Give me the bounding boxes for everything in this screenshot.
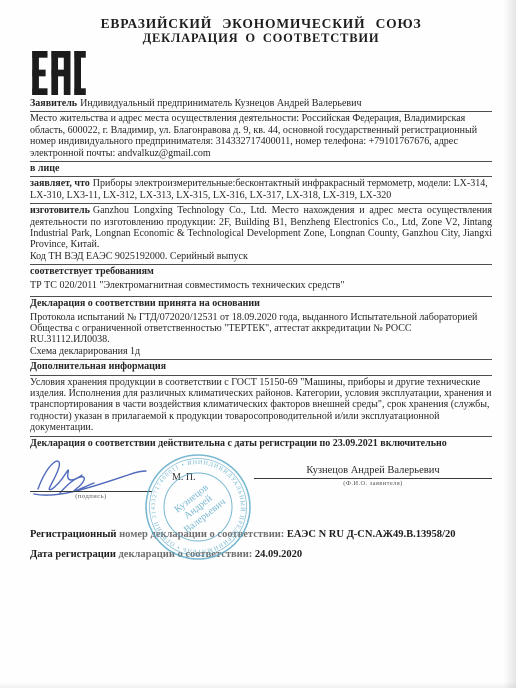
divider xyxy=(30,359,492,360)
applicant-signature-name: Кузнецов Андрей Валерьевич xyxy=(254,465,492,479)
in-person-row: в лице xyxy=(30,163,492,174)
eac-mark-icon xyxy=(32,51,86,95)
declaration-title: ДЕКЛАРАЦИЯ О СООТВЕТСТВИИ xyxy=(30,31,492,46)
applicant-value: Индивидуальный предприниматель Кузнецов … xyxy=(80,98,361,109)
validity-line: Декларация о соответствии действительна … xyxy=(30,438,492,449)
stamp-name-line2: Андрей xyxy=(182,493,215,522)
divider xyxy=(30,264,492,265)
scan-edge-right xyxy=(503,0,516,688)
divider xyxy=(30,296,492,297)
registration-number-line: Регистрационный номер декларации о соотв… xyxy=(30,529,492,540)
reg-date-label: Дата регистрации xyxy=(30,549,116,560)
divider xyxy=(30,203,492,204)
additional-info-heading: Дополнительная информация xyxy=(30,361,492,372)
applicant-row: ЗаявительИндивидуальный предприниматель … xyxy=(30,98,492,109)
divider xyxy=(30,176,492,177)
tnved-code-line: Код ТН ВЭД ЕАЭС 9025192000. Серийный вып… xyxy=(30,251,492,262)
manufacturer-value: Ganzhou Longxing Technology Co., Ltd. Ме… xyxy=(30,205,492,250)
conforms-heading: соответствует требованиям xyxy=(30,266,492,277)
eac-logo xyxy=(32,51,492,95)
divider xyxy=(30,161,492,162)
applicant-address: Место жительства и адрес места осуществл… xyxy=(30,113,492,159)
registration-date-line: Дата регистрации декларации о соответств… xyxy=(30,549,492,560)
reg-number-value: ЕАЭС N RU Д-CN.АЖ49.В.13958/20 xyxy=(287,529,456,540)
additional-info-text: Условия хранения продукции в соответстви… xyxy=(30,377,492,434)
registration-footer: Регистрационный номер декларации о соотв… xyxy=(30,529,492,560)
reg-date-label-rest: декларации о соответствии: xyxy=(119,549,253,560)
technical-regulation: ТР ТС 020/2011 "Электромагнитная совмест… xyxy=(30,280,492,291)
signature-line xyxy=(30,491,152,492)
divider xyxy=(30,111,492,112)
signature-caption: (подпись) xyxy=(30,493,152,500)
stamp-place-label: М. П. xyxy=(172,472,196,483)
manufacturer-label: изготовитель xyxy=(30,205,90,216)
reg-number-label-rest: номер декларации о соответствии: xyxy=(119,529,284,540)
manufacturer-row: изготовительGanzhou Longxing Technology … xyxy=(30,205,492,251)
union-title: ЕВРАЗИЙСКИЙ ЭКОНОМИЧЕСКИЙ СОЮЗ xyxy=(30,16,492,31)
document-title: ЕВРАЗИЙСКИЙ ЭКОНОМИЧЕСКИЙ СОЮЗ ДЕКЛАРАЦИ… xyxy=(30,16,492,46)
test-protocol: Протокола испытаний № ГТД/072020/12531 о… xyxy=(30,312,492,346)
declaration-scheme: Схема декларирования 1д xyxy=(30,346,492,357)
basis-heading: Декларация о соответствии принята на осн… xyxy=(30,298,492,309)
product-description: Приборы электроизмерительные:бесконтактн… xyxy=(30,178,488,200)
document-content: ЕВРАЗИЙСКИЙ ЭКОНОМИЧЕСКИЙ СОЮЗ ДЕКЛАРАЦИ… xyxy=(30,16,492,560)
signature-area: (подпись) М. П. ИНДИВИДУАЛЬНЫЙ ПРЕДПРИНИ… xyxy=(30,455,492,513)
stamp-name-line1: Кузнецов xyxy=(172,482,210,515)
declaration-document: ЕВРАЗИЙСКИЙ ЭКОНОМИЧЕСКИЙ СОЮЗ ДЕКЛАРАЦИ… xyxy=(0,0,516,688)
declares-row: заявляет, чтоПриборы электроизмерительны… xyxy=(30,178,492,201)
divider xyxy=(30,375,492,376)
declares-label: заявляет, что xyxy=(30,178,90,189)
divider xyxy=(30,436,492,437)
scan-edge-bottom xyxy=(0,682,516,688)
reg-number-label: Регистрационный xyxy=(30,529,117,540)
applicant-name-field: Кузнецов Андрей Валерьевич (Ф.И.О. заяви… xyxy=(254,465,492,487)
reg-date-value: 24.09.2020 xyxy=(255,549,302,560)
applicant-label: Заявитель xyxy=(30,98,77,109)
applicant-name-caption: (Ф.И.О. заявителя) xyxy=(254,479,492,487)
